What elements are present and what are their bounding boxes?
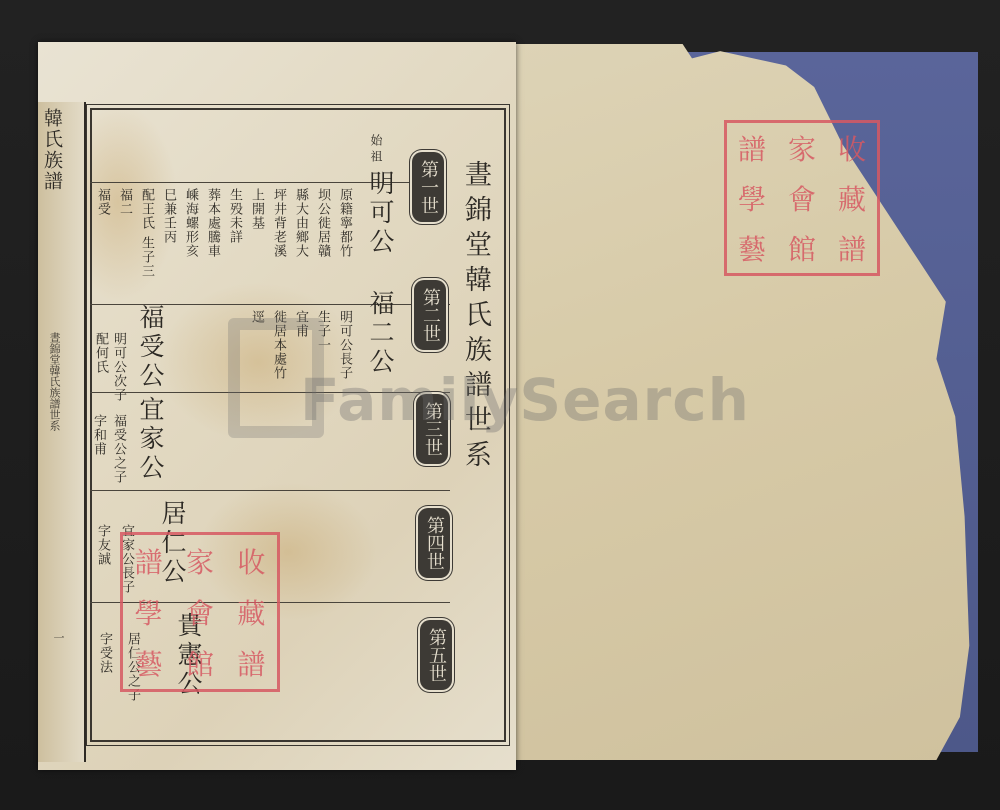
ancestor-note-4: 坪井背老溪: [270, 188, 287, 258]
gen2-name: 福二公: [362, 290, 398, 377]
gen4-note-1: 福受公之子: [110, 414, 127, 484]
ancestor-extra-4: 巳兼壬丙: [160, 188, 177, 244]
ancestor-extra-2: 葬本處騰車: [204, 188, 221, 258]
collection-seal-bottom-left: 譜家收 學會藏 藝館譜: [120, 532, 280, 692]
ancestor-extra-6: 生子三: [138, 236, 155, 278]
collection-seal-top-right: 譜家收 學會藏 藝館譜: [724, 120, 880, 276]
ancestor-extra-3: 嵊海螺形亥: [182, 188, 199, 258]
spine-title: 韓氏族譜: [44, 108, 66, 192]
ancestor-name: 明可公: [362, 170, 398, 257]
ancestor-extra-8: 福受: [94, 188, 111, 216]
generation-badge-4: 第四世: [418, 508, 450, 578]
gen3-name: 福受公: [132, 304, 168, 391]
gen3-note-2: 配何氏: [92, 332, 109, 374]
generation-badge-5: 第五世: [420, 620, 452, 690]
gen6-note-2: 字受法: [96, 632, 113, 674]
spine-subtitle: 晝錦堂韓氏族譜世系: [46, 332, 62, 431]
ancestor-note-2: 坝公徙居贛: [314, 188, 331, 258]
gen5-note-2: 字友誠: [94, 524, 111, 566]
ancestor-label: 始祖: [368, 134, 385, 166]
gen3-note-1: 明可公次子: [110, 332, 127, 402]
generation-badge-1: 第一世: [412, 152, 444, 222]
ancestor-extra-1: 生殁未詳: [226, 188, 243, 244]
generation-badge-2: 第二世: [414, 280, 446, 350]
ancestor-extra-5: 配王氏: [138, 188, 155, 230]
familysearch-watermark: FamilySearch: [300, 366, 750, 434]
gen4-name: 宜家公: [132, 396, 168, 483]
ancestor-note-3: 縣大由鄉大: [292, 188, 309, 258]
gen4-note-2: 字和甫: [90, 414, 107, 456]
spine-page-number: 一: [50, 632, 66, 643]
page-spine: 韓氏族譜 晝錦堂韓氏族譜世系 一: [38, 102, 86, 762]
ancestor-note-1: 原籍寧都竹: [336, 188, 353, 258]
ancestor-note-5: 上開基: [248, 188, 265, 230]
ancestor-extra-7: 福二: [116, 188, 133, 216]
